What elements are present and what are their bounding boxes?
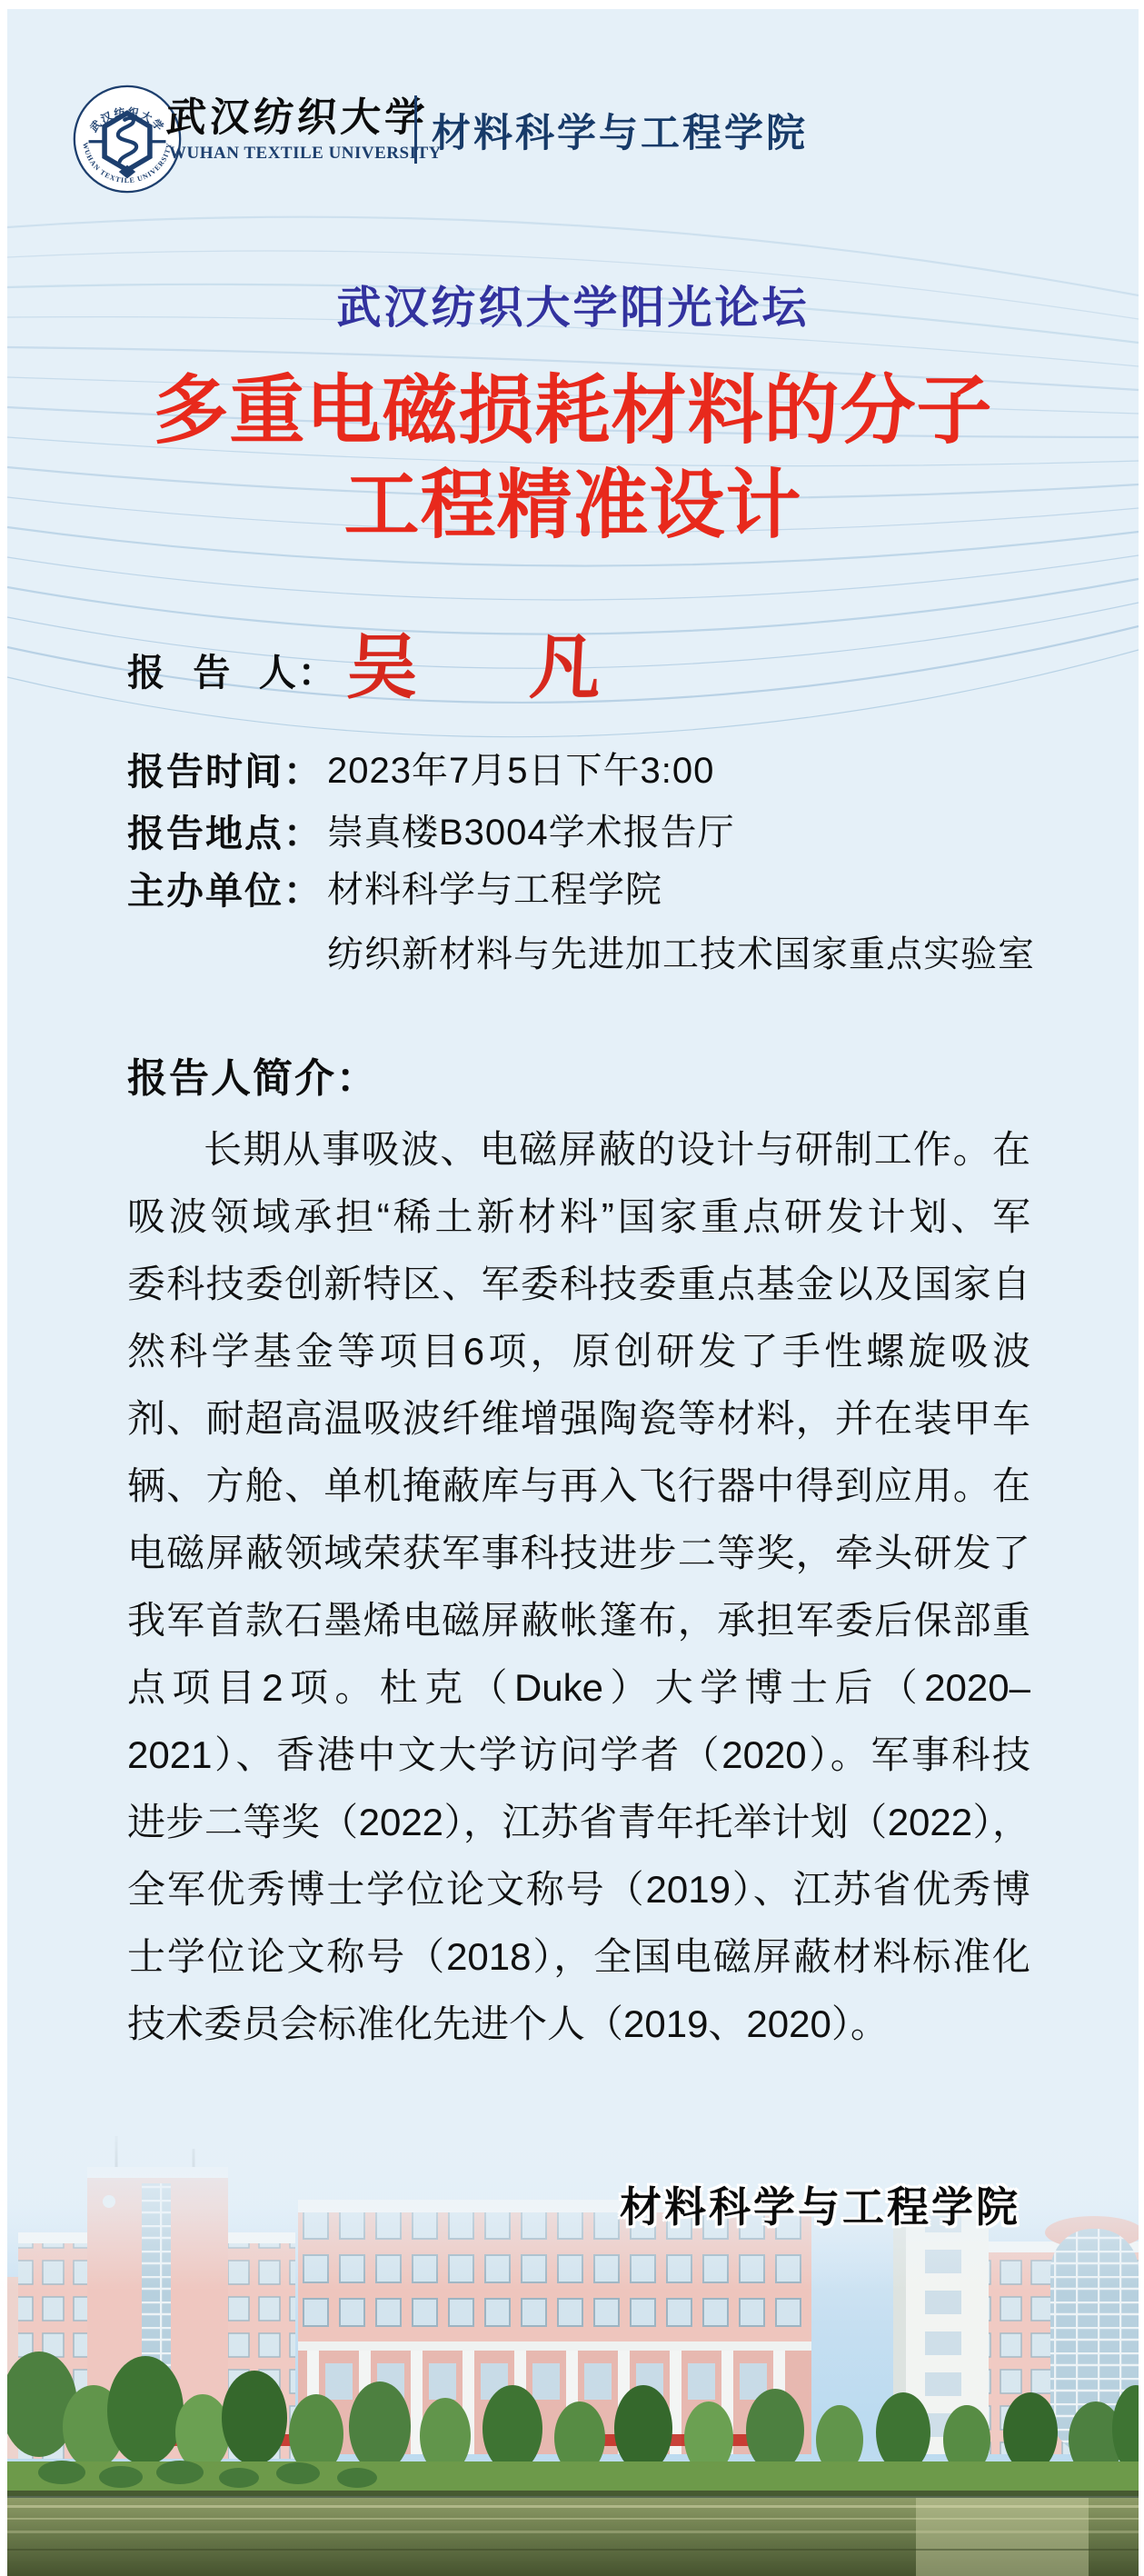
bio-line: 士学位论文称号（2018），全国电磁屏蔽材料标准化	[127, 1923, 1030, 1991]
bio-line: 全军优秀博士学位论文称号（2019）、江苏省优秀博	[127, 1856, 1030, 1923]
lecture-title-line2: 工程精准设计	[7, 458, 1139, 553]
header: 武汉纺织大学 WUHAN TEXTILE UNIVERSITY 武汉纺织大学 W…	[7, 9, 1139, 218]
organizer-value: 材料科学与工程学院	[327, 861, 662, 913]
forum-title: 武汉纺织大学阳光论坛	[7, 273, 1139, 336]
lecture-poster: 武汉纺织大学 WUHAN TEXTILE UNIVERSITY 武汉纺织大学 W…	[0, 0, 1144, 2576]
bio-line: 吸波领域承担“稀土新材料”国家重点研发计划、军	[127, 1183, 1030, 1251]
bio-line: 然科学基金等项目6项，原创研发了手性螺旋吸波	[127, 1318, 1030, 1385]
place-label: 报告地点：	[127, 804, 327, 857]
bio-line: 电磁屏蔽领域荣获军事科技进步二等奖，牵头研发了	[127, 1520, 1030, 1587]
time-label: 报告时间：	[127, 742, 327, 795]
bio-line: 进步二等奖（2022），江苏省青年托举计划（2022），	[127, 1789, 1030, 1856]
speaker-name: 吴 凡	[345, 634, 646, 702]
lecture-title: 多重电磁损耗材料的分子 工程精准设计	[7, 364, 1139, 553]
header-divider	[414, 95, 417, 164]
bio-line: 剂、耐超高温吸波纤维增强陶瓷等材料，并在装甲车	[127, 1385, 1030, 1453]
poster-background: 武汉纺织大学 WUHAN TEXTILE UNIVERSITY 武汉纺织大学 W…	[7, 9, 1139, 2576]
campus-photo: 材料科学与工程学院	[7, 2072, 1139, 2576]
organizer-label: 主办单位：	[127, 861, 327, 914]
time-row: 报告时间： 2023年7月5日下午3:00	[127, 742, 714, 795]
university-name-calligraphy: 武汉纺织大学	[164, 93, 404, 144]
bio-line: 辆、方舱、单机掩蔽库与再入飞行器中得到应用。在	[127, 1453, 1030, 1520]
bio-line: 2021）、香港中文大学访问学者（2020）。军事科技	[127, 1722, 1030, 1789]
bio-line: 技术委员会标准化先进个人（2019、2020）。	[127, 1991, 1030, 2058]
place-row: 报告地点： 崇真楼B3004学术报告厅	[127, 804, 735, 857]
organizer-row: 主办单位： 材料科学与工程学院	[127, 861, 662, 914]
speaker-label: 报 告 人：	[127, 643, 327, 702]
organizer-value-2: 纺织新材料与先进加工技术国家重点实验室	[327, 925, 1035, 977]
time-value: 2023年7月5日下午3:00	[327, 742, 714, 794]
photo-caption: 材料科学与工程学院	[620, 2174, 1020, 2234]
organizer-row-2: 纺织新材料与先进加工技术国家重点实验室	[127, 925, 1035, 977]
speaker-row: 报 告 人： 吴 凡	[127, 634, 644, 702]
bio-line: 点项目2项。杜克（Duke）大学博士后（2020–	[127, 1654, 1030, 1722]
bio-line: 我军首款石墨烯电磁屏蔽帐篷布，承担军委后保部重	[127, 1587, 1030, 1654]
lecture-title-line1: 多重电磁损耗材料的分子	[7, 364, 1139, 458]
college-name: 材料科学与工程学院	[432, 103, 808, 158]
bio-paragraph: 长期从事吸波、电磁屏蔽的设计与研制工作。在 吸波领域承担“稀土新材料”国家重点研…	[127, 1116, 1030, 2058]
bio-line: 委科技委创新特区、军委科技委重点基金以及国家自	[127, 1251, 1030, 1318]
place-value: 崇真楼B3004学术报告厅	[327, 804, 735, 855]
bio-line: 长期从事吸波、电磁屏蔽的设计与研制工作。在	[127, 1116, 1030, 1183]
university-name-english: WUHAN TEXTILE UNIVERSITY	[169, 144, 405, 164]
bio-heading: 报告人简介：	[127, 1045, 378, 1103]
